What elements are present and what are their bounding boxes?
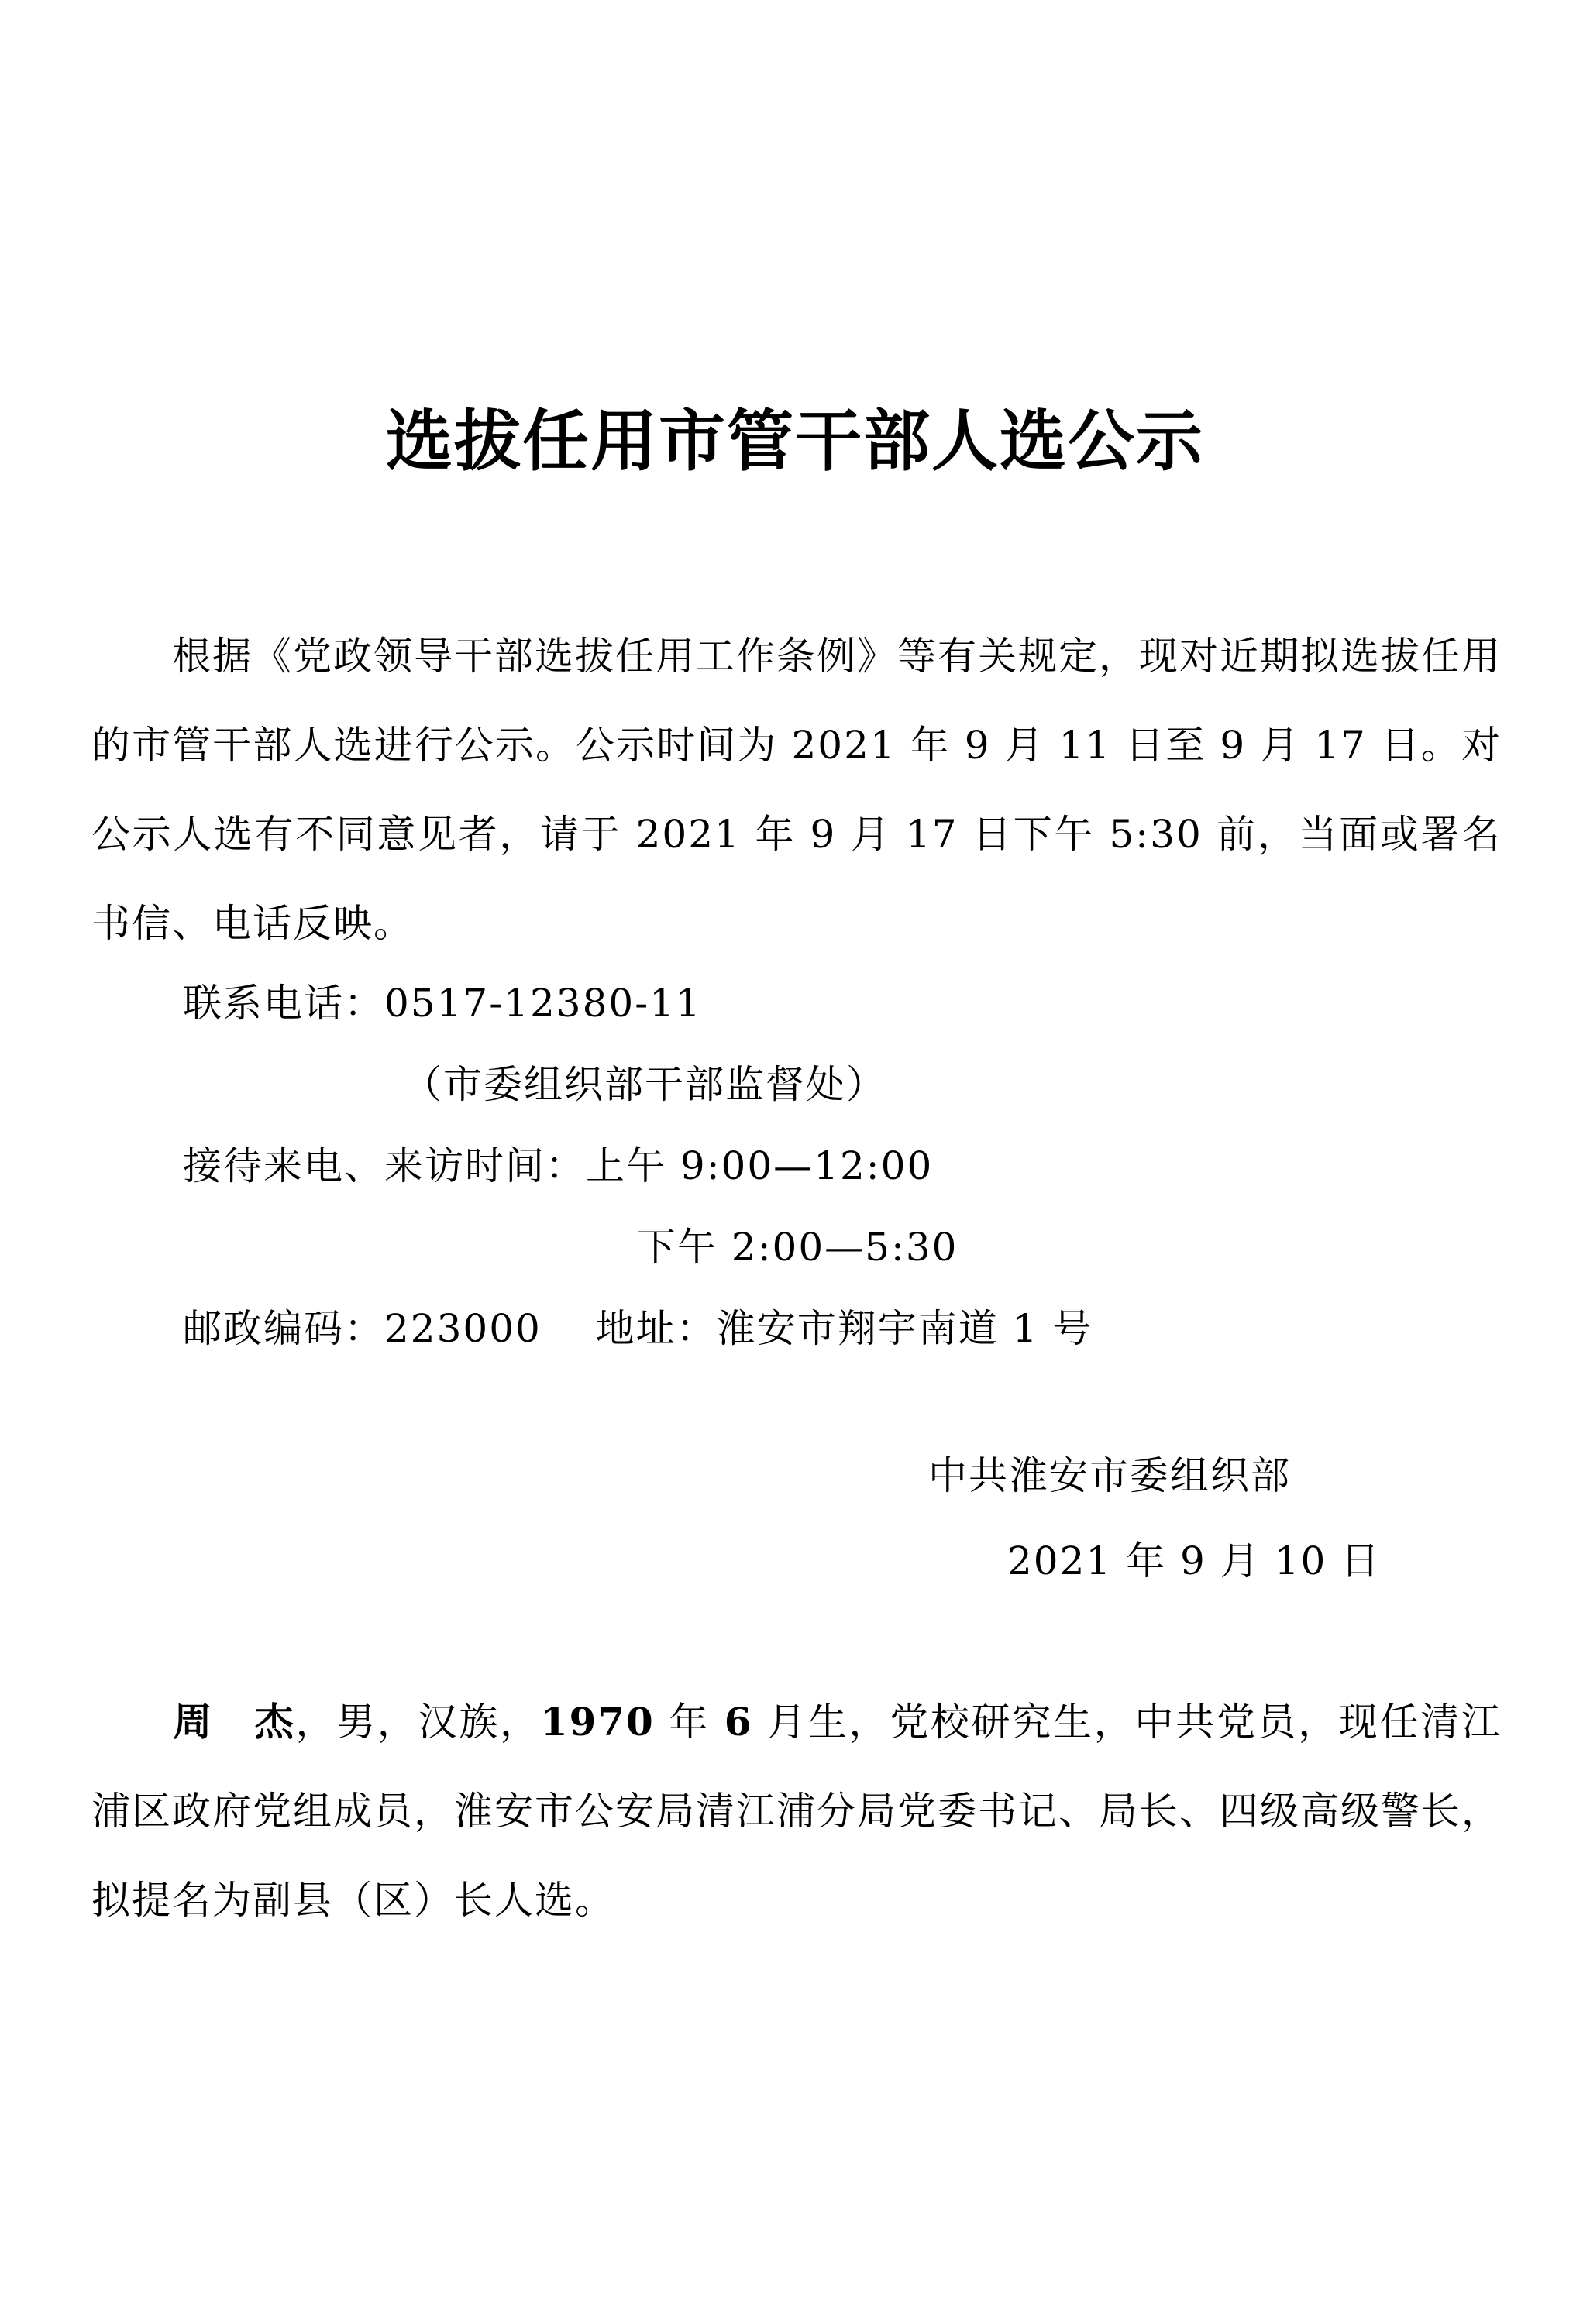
contact-phone-line: 联系电话：0517-12380-11	[183, 972, 702, 1034]
hours-label: 接待来电、来访时间：	[183, 1143, 586, 1188]
candidate-paragraph: 周 杰，男，汉族，1970 年 6 月生，党校研究生，中共党员，现任清江浦区政府…	[91, 1677, 1502, 1945]
hours-afternoon: 下午 2:00—5:30	[637, 1216, 958, 1278]
postal-address-line: 邮政编码：223000 地址：淮安市翔宇南道 1 号	[183, 1298, 1093, 1360]
signature-date: 2021 年 9 月 10 日	[1007, 1530, 1381, 1592]
address-label: 地址：	[596, 1306, 717, 1351]
postcode: 223000	[384, 1306, 542, 1351]
signature-organization: 中共淮安市委组织部	[928, 1445, 1291, 1507]
phone-number: 0517-12380-11	[384, 981, 702, 1026]
birth-year: 1970	[541, 1699, 655, 1745]
birth-month: 6	[724, 1699, 753, 1745]
document-title: 选拔任用市管干部人选公示	[0, 399, 1590, 484]
contact-department: （市委组织部干部监督处）	[403, 1054, 886, 1116]
intro-paragraph: 根据《党政领导干部选拔任用工作条例》等有关规定，现对近期拟选拔任用的市管干部人选…	[91, 612, 1502, 968]
phone-label: 联系电话：	[183, 981, 384, 1026]
candidate-name: 周 杰	[173, 1699, 295, 1745]
address: 淮安市翔宇南道 1 号	[717, 1306, 1093, 1351]
postcode-label: 邮政编码：	[183, 1306, 384, 1351]
hours-morning: 上午 9:00—12:00	[586, 1143, 933, 1188]
reception-hours-line: 接待来电、来访时间：上午 9:00—12:00	[183, 1135, 933, 1197]
